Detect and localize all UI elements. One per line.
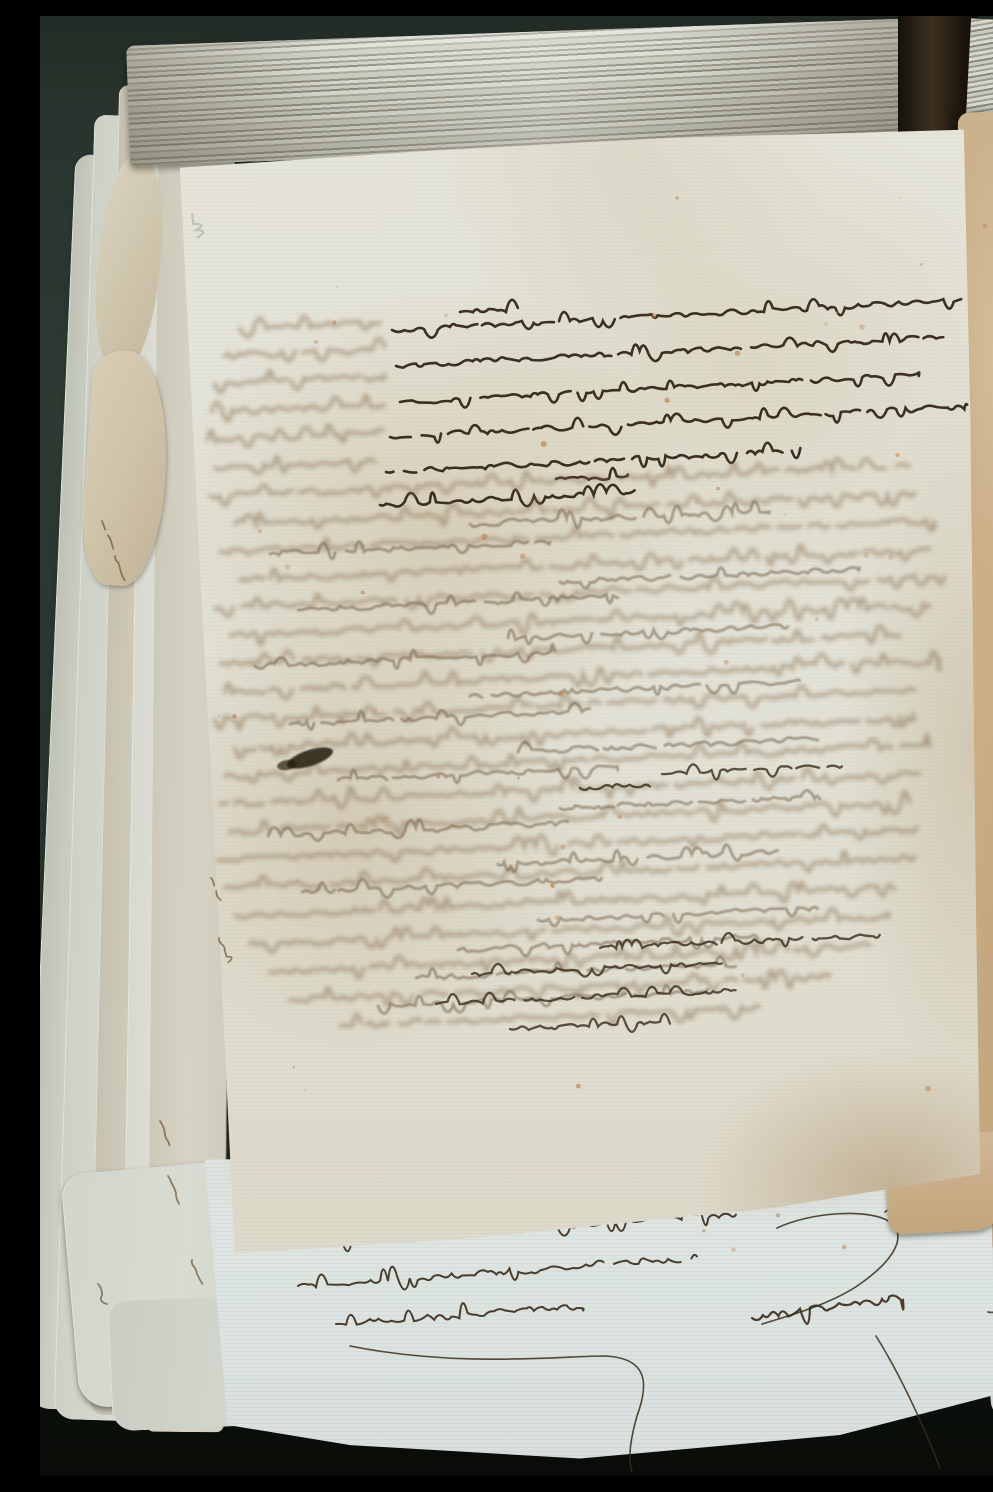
archive-photo: Photograph of an early-modern archive bu… — [40, 16, 993, 1476]
manuscript-page — [170, 116, 990, 1266]
